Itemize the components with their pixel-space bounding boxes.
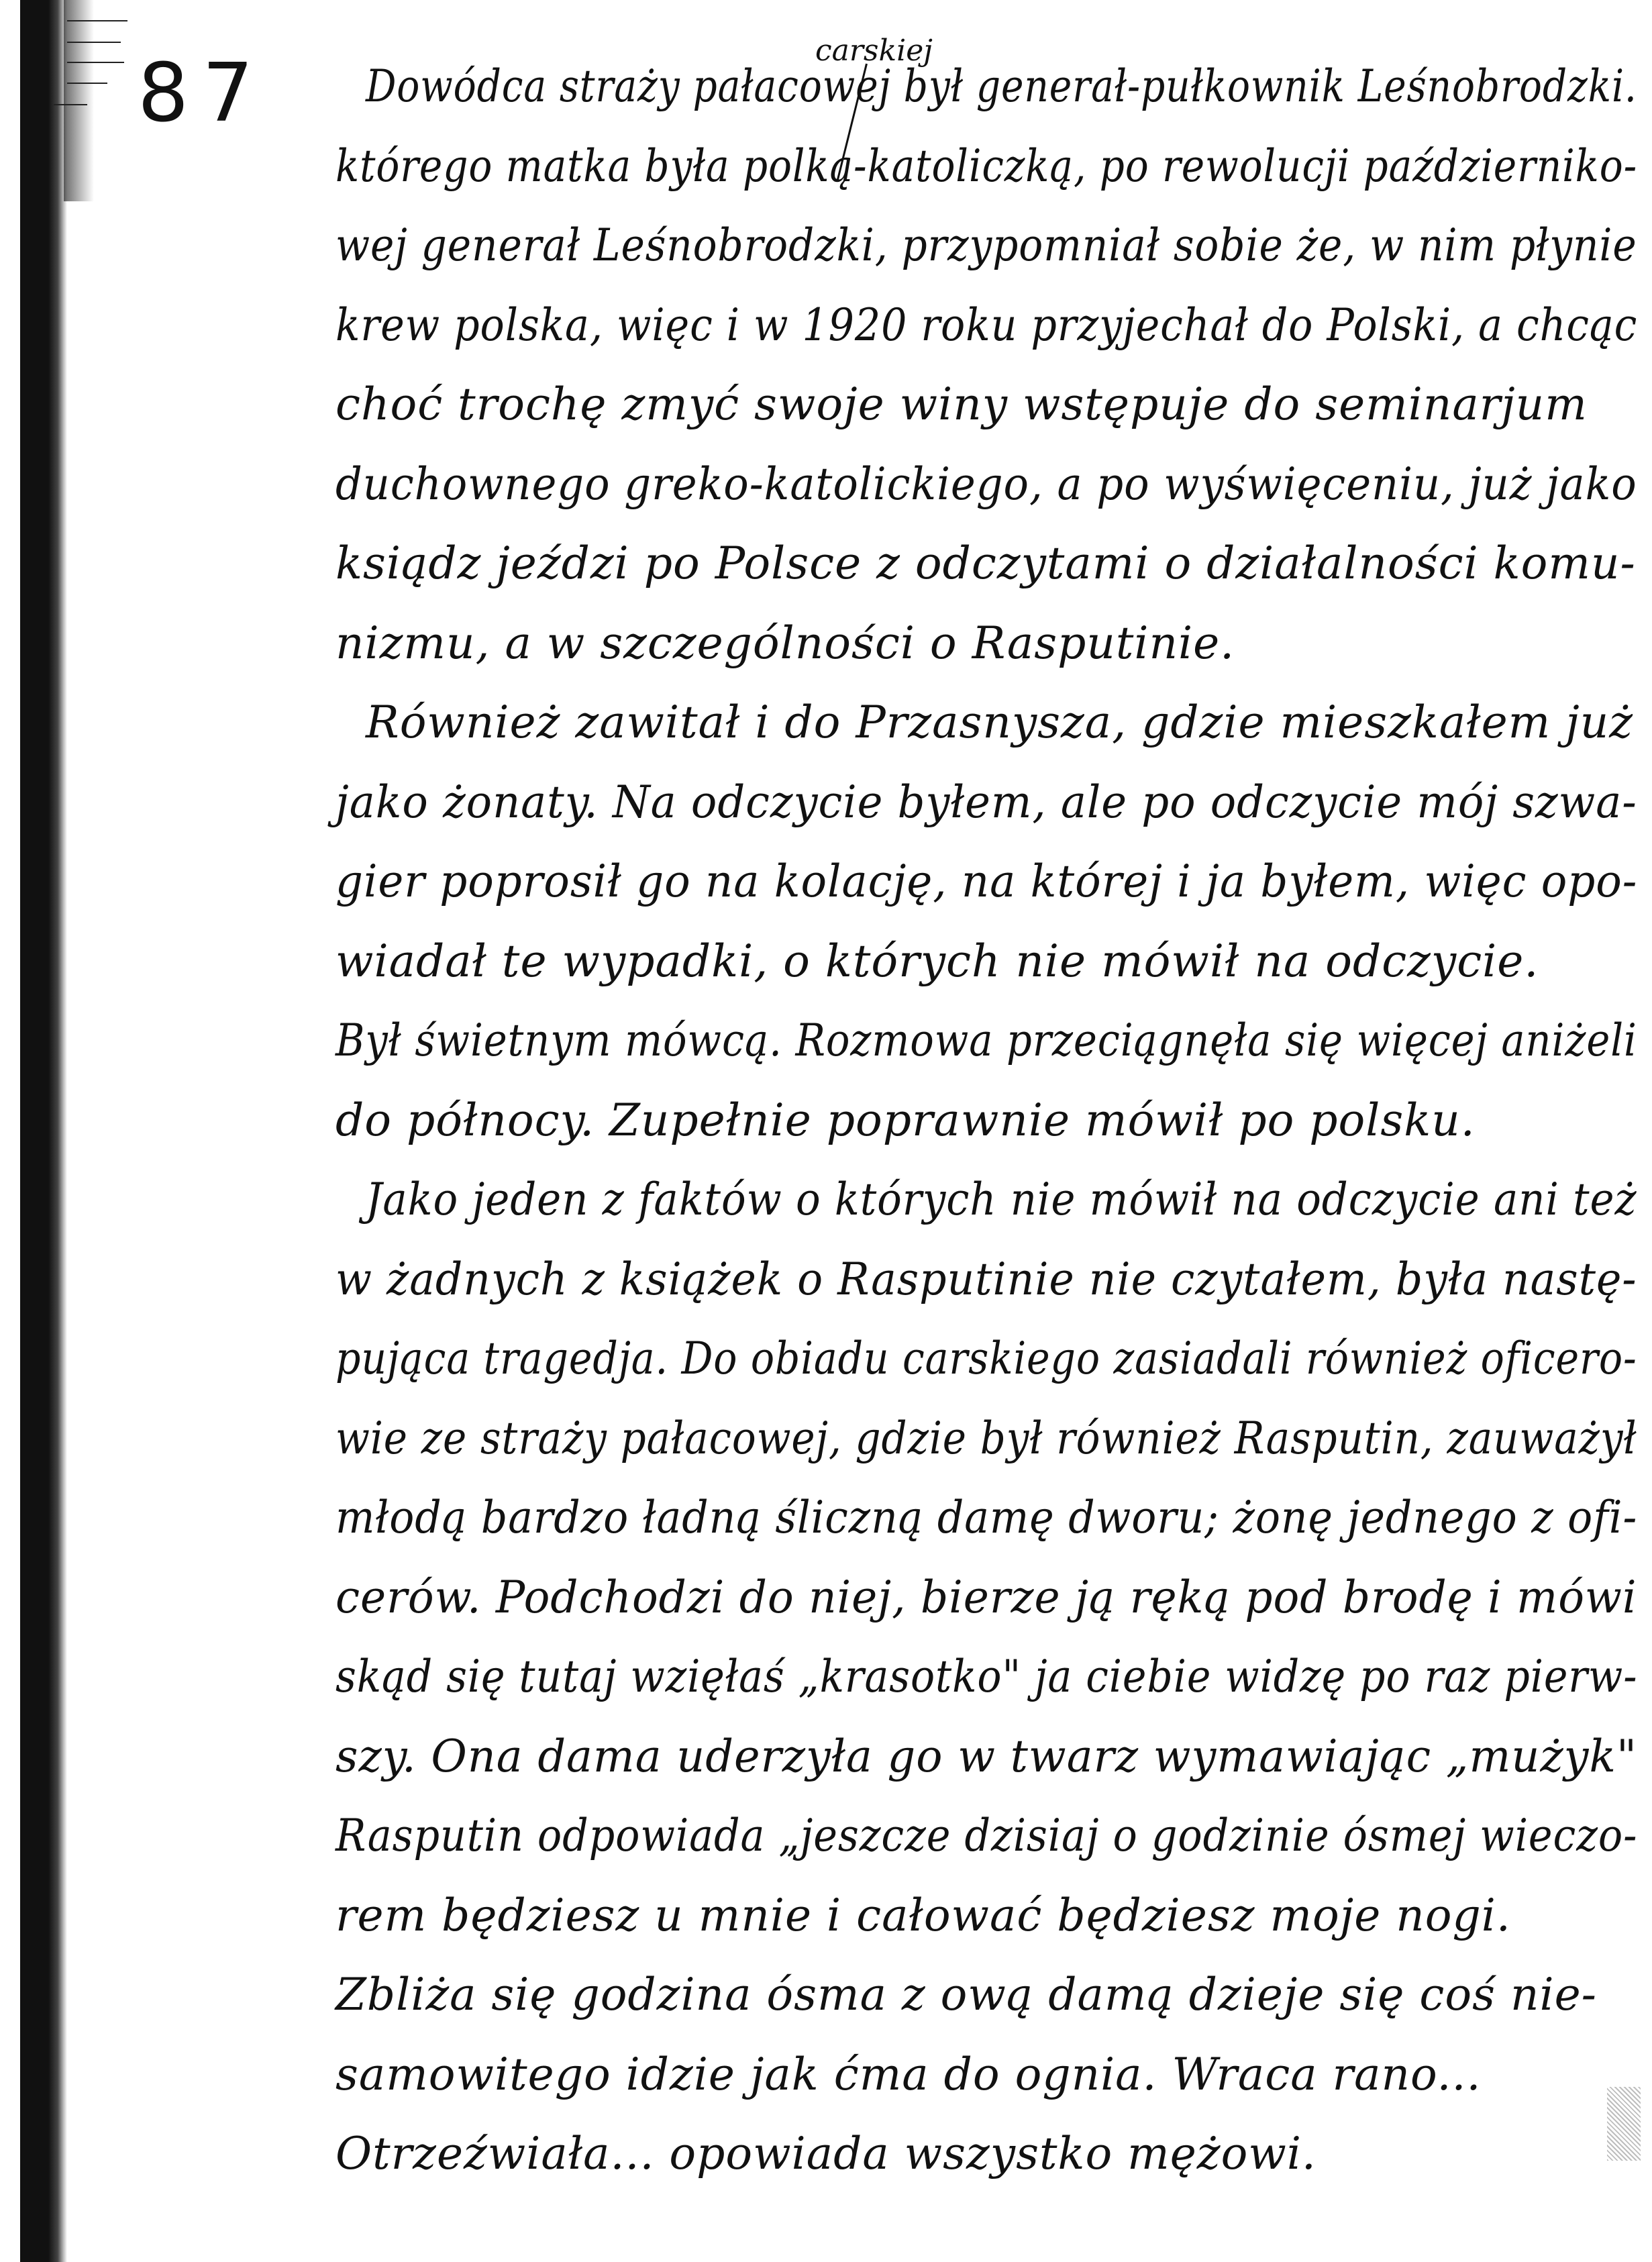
text-line: młodą bardzo ładną śliczną damę dworu; ż… bbox=[335, 1492, 1637, 1543]
text-line: skąd się tutaj wzięłaś „krasotko" ja cie… bbox=[335, 1651, 1637, 1702]
binding-shadow bbox=[64, 0, 94, 201]
text-line: którego matka była polką-katoliczką, po … bbox=[335, 140, 1637, 192]
text-line: wej generał Leśnobrodzki, przypomniał so… bbox=[335, 219, 1637, 271]
margin-tick bbox=[67, 83, 107, 84]
text-line: ksiądz jeździ po Polsce z odczytami o dz… bbox=[335, 537, 1636, 589]
text-line: Również zawitał i do Przasnysza, gdzie m… bbox=[366, 697, 1633, 748]
margin-tick bbox=[67, 20, 127, 21]
margin-tick bbox=[54, 104, 87, 105]
text-line: cerów. Podchodzi do niej, bierze ją ręką… bbox=[335, 1572, 1637, 1623]
text-line: pująca tragedja. Do obiadu carskiego zas… bbox=[335, 1333, 1637, 1384]
text-line: szy. Ona dama uderzyła go w twarz wymawi… bbox=[335, 1731, 1637, 1782]
margin-tick bbox=[67, 42, 121, 43]
text-line: gier poprosił go na kolację, na której i… bbox=[335, 856, 1637, 907]
text-line: wie ze straży pałacowej, gdzie był równi… bbox=[335, 1412, 1637, 1464]
text-line: Otrzeźwiała... opowiada wszystko mężowi. bbox=[335, 2128, 1317, 2179]
text-line: choć trochę zmyć swoje winy wstępuje do … bbox=[335, 378, 1588, 430]
text-line: rem będziesz u mnie i całować będziesz m… bbox=[335, 1890, 1511, 1941]
text-line: jako żonaty. Na odczycie byłem, ale po o… bbox=[335, 776, 1637, 828]
text-line: Był świetnym mówcą. Rozmowa przeciągnęła… bbox=[335, 1015, 1637, 1066]
page-number: 87 bbox=[138, 47, 267, 140]
text-line: samowitego idzie jak ćma do ognia. Wraca… bbox=[335, 2049, 1481, 2100]
text-line: nizmu, a w szczególności o Rasputinie. bbox=[335, 617, 1235, 669]
scan-noise-mark bbox=[1607, 2087, 1641, 2161]
text-line: w żadnych z książek o Rasputinie nie czy… bbox=[335, 1253, 1637, 1305]
text-line: Zbliża się godzina ósma z ową damą dziej… bbox=[335, 1969, 1597, 2020]
text-line: Jako jeden z faktów o których nie mówił … bbox=[366, 1174, 1637, 1225]
margin-tick bbox=[67, 62, 124, 63]
page-binding-edge bbox=[20, 0, 67, 2262]
text-line: Dowódca straży pałacowej był generał-puł… bbox=[366, 60, 1637, 112]
text-line: do północy. Zupełnie poprawnie mówił po … bbox=[335, 1094, 1476, 1146]
text-line: Rasputin odpowiada „jeszcze dzisiaj o go… bbox=[335, 1810, 1637, 1861]
text-line: krew polska, więc i w 1920 roku przyjech… bbox=[335, 299, 1637, 351]
text-line: duchownego greko-katolickiego, a po wyśw… bbox=[335, 458, 1637, 510]
text-line: wiadał te wypadki, o których nie mówił n… bbox=[335, 935, 1539, 987]
